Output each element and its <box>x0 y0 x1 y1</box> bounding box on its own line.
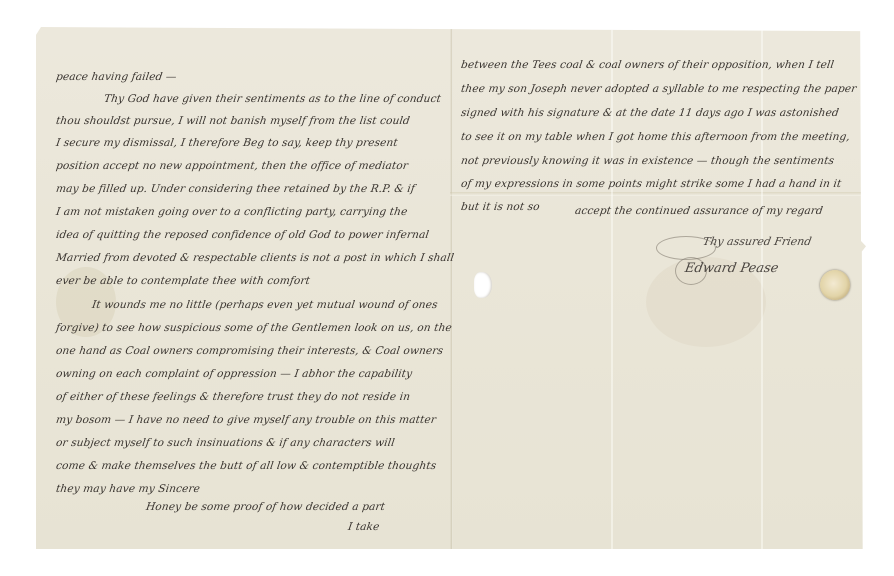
letter-line: I secure my dismissal, I therefore Beg t… <box>55 137 398 149</box>
letter-line: or subject myself to such insinuations &… <box>55 437 395 449</box>
letter-line: not previously knowing it was in existen… <box>460 155 835 167</box>
letter-line: my bosom — I have no need to give myself… <box>55 414 437 426</box>
signature: Edward Pease <box>684 261 780 276</box>
letter-line: one hand as Coal owners compromising the… <box>55 345 444 357</box>
letter-line: ever be able to contemplate thee with co… <box>55 275 311 287</box>
letter-line: position accept no new appointment, then… <box>55 160 409 172</box>
closing-text: Thy assured Friend <box>702 235 813 248</box>
letter-line: may be filled up. Under considering thee… <box>55 183 415 195</box>
letter-line: idea of quitting the reposed confidence … <box>55 229 430 241</box>
letter-line: owning on each complaint of oppression —… <box>55 368 413 380</box>
letter-line: I am not mistaken going over to a confli… <box>55 206 408 218</box>
wax-seal <box>820 270 850 300</box>
letter-line: Thy God have given their sentiments as t… <box>103 93 442 105</box>
letter-line: of my expressions in some points might s… <box>460 178 842 190</box>
letter-line: Honey be some proof of how decided a par… <box>145 501 386 513</box>
letter-line: come & make themselves the butt of all l… <box>55 460 437 472</box>
letter-line: to see it on my table when I got home th… <box>460 131 851 143</box>
letter-line: they may have my Sincere <box>55 483 201 495</box>
letter-line: thee my son Joseph never adopted a sylla… <box>460 83 857 95</box>
letter-line: Married from devoted & respectable clien… <box>55 252 455 264</box>
letter-line: between the Tees coal & coal owners of t… <box>460 59 835 71</box>
letter-paper: peace having failed — Thy God have given… <box>36 27 866 549</box>
right-page: between the Tees coal & coal owners of t… <box>453 27 866 549</box>
letter-line: of either of these feelings & therefore … <box>55 391 411 403</box>
letter-line: but it is not so <box>460 201 540 213</box>
torn-hole <box>474 272 492 298</box>
left-page: peace having failed — Thy God have given… <box>36 27 450 549</box>
letter-line: accept the continued assurance of my reg… <box>574 205 824 217</box>
letter-line: thou shouldst pursue, I will not banish … <box>55 115 411 127</box>
letter-line: I take <box>347 521 380 533</box>
letter-line: peace having failed — <box>55 71 177 83</box>
letter-line: forgive) to see how suspicious some of t… <box>55 322 453 334</box>
letter-line: It wounds me no little (perhaps even yet… <box>91 299 438 311</box>
letter-line: signed with his signature & at the date … <box>460 107 839 119</box>
